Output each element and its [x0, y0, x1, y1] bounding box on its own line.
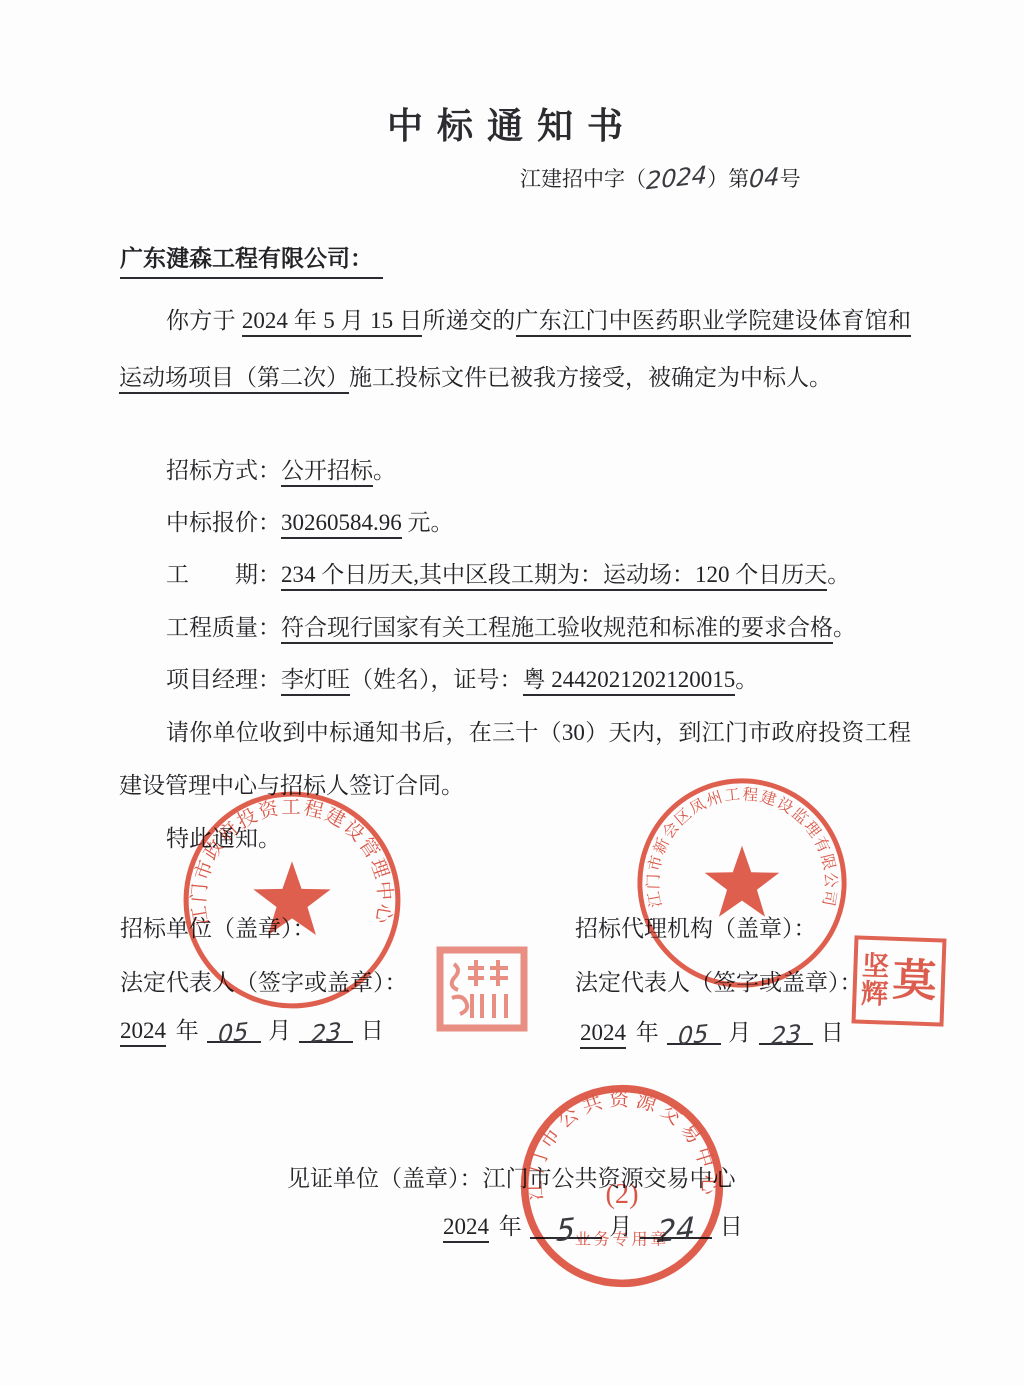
ref-suffix: 号 [780, 167, 801, 191]
field-mid: （姓名），证号： [350, 667, 523, 692]
witness-label: 见证单位（盖章）： [287, 1166, 483, 1191]
field-bid-method: 招标方式：公开招标。 [166, 452, 396, 485]
legal-rep-name-seal: 坚 辉 莫 [851, 935, 946, 1026]
month-blank: 05 [667, 1022, 721, 1045]
field-bid-price: 中标报价：30260584.96 元。 [166, 504, 454, 537]
tenderer-round-stamp: 江门市政府投资工程建设管理中心 [180, 788, 404, 1012]
tenderer-date-line: 2024 年 05 月 23 日 [120, 1012, 384, 1045]
field-project-manager: 项目经理：李灯旺（姓名），证号：粤 2442021202120015。 [166, 661, 758, 694]
addressee-company: 广东湕森工程有限公司： [120, 240, 383, 279]
field-label: 工程质量： [166, 615, 281, 640]
field-tail: 。 [735, 667, 758, 692]
field-value: 公开招标 [281, 458, 373, 487]
star-icon [705, 846, 780, 917]
month-blank: 05 [207, 1020, 261, 1043]
document-title: 中标通知书 [0, 98, 1024, 149]
day-word: 日 [361, 1018, 384, 1043]
field-tail: 。 [373, 458, 396, 483]
field-value: 符合现行国家有关工程施工验收规范和标准的要求合格 [281, 615, 833, 644]
date-year: 2024 [580, 1020, 626, 1049]
day-blank: 23 [759, 1022, 813, 1045]
ref-num-handwritten: 04 [749, 162, 780, 193]
month-handwritten: 05 [678, 1023, 709, 1046]
date-year: 2024 [120, 1018, 166, 1047]
field-tail: 。 [833, 615, 856, 640]
manager-name: 李灯旺 [281, 667, 350, 696]
day-word: 日 [821, 1020, 844, 1045]
field-value: 234 个日历天,其中区段工期为：运动场：120 个日历天 [281, 562, 827, 591]
body-paragraph-1: 你方于 2024 年 5 月 15 日所递交的广东江门中医药职业学院建设体育馆和… [119, 292, 911, 406]
date-year: 2024 [443, 1214, 489, 1243]
p1-date-underlined: 2024 年 5 月 15 日 [242, 308, 423, 337]
field-label: 项目经理： [166, 667, 281, 692]
seal-right-column: 莫 [892, 959, 938, 1005]
field-value: 30260584.96 [281, 510, 402, 539]
year-word: 年 [636, 1020, 659, 1045]
seal-script-square-stamp [436, 946, 528, 1032]
stamp-center-number: (2) [605, 1179, 638, 1210]
day-handwritten: 23 [770, 1023, 801, 1046]
star-icon [253, 861, 330, 935]
reference-number: 江建招中字（2024）第04号 [520, 163, 801, 193]
stamp-banner-text: 业务专用章 [575, 1230, 670, 1249]
month-handwritten: 05 [218, 1021, 249, 1044]
seal-script-marks [452, 960, 508, 1018]
day-blank: 23 [299, 1020, 353, 1043]
p1-text: 所递交的 [422, 308, 515, 333]
ref-year-handwritten: 2024 [646, 161, 708, 196]
field-tail: 元。 [402, 510, 454, 535]
ref-mid: ）第 [707, 167, 749, 191]
field-label: 招标方式： [166, 458, 281, 483]
field-duration: 工 期：234 个日历天,其中区段工期为：运动场：120 个日历天。 [166, 556, 850, 589]
field-tail: 。 [827, 562, 850, 587]
day-handwritten: 23 [310, 1021, 341, 1044]
month-word: 月 [728, 1020, 751, 1045]
field-label: 中标报价： [166, 510, 281, 535]
trade-center-round-stamp: 江门市公共资源交易中心 (2) 业务专用章 [518, 1082, 726, 1290]
award-notice-document: 中标通知书 江建招中字（2024）第04号 广东湕森工程有限公司： 你方于 20… [0, 0, 1024, 1386]
agency-round-stamp: 江门市新会区凤州工程建设监理有限公司 [634, 775, 850, 991]
p1-text: 施工投标文件已被我方接受，被确定为中标人。 [349, 365, 832, 390]
seal-left-column: 坚 辉 [861, 951, 890, 1009]
p1-text: 你方于 [166, 308, 242, 333]
agency-date-line: 2024 年 05 月 23 日 [580, 1014, 844, 1047]
seal-char: 辉 [861, 980, 889, 1009]
manager-cert: 粤 2442021202120015 [523, 667, 736, 696]
field-quality: 工程质量：符合现行国家有关工程施工验收规范和标准的要求合格。 [166, 609, 856, 642]
year-word: 年 [176, 1018, 199, 1043]
field-label: 工 期： [166, 562, 281, 587]
ref-prefix: 江建招中字（ [520, 167, 646, 191]
month-word: 月 [268, 1018, 291, 1043]
seal-char: 坚 [862, 951, 890, 980]
